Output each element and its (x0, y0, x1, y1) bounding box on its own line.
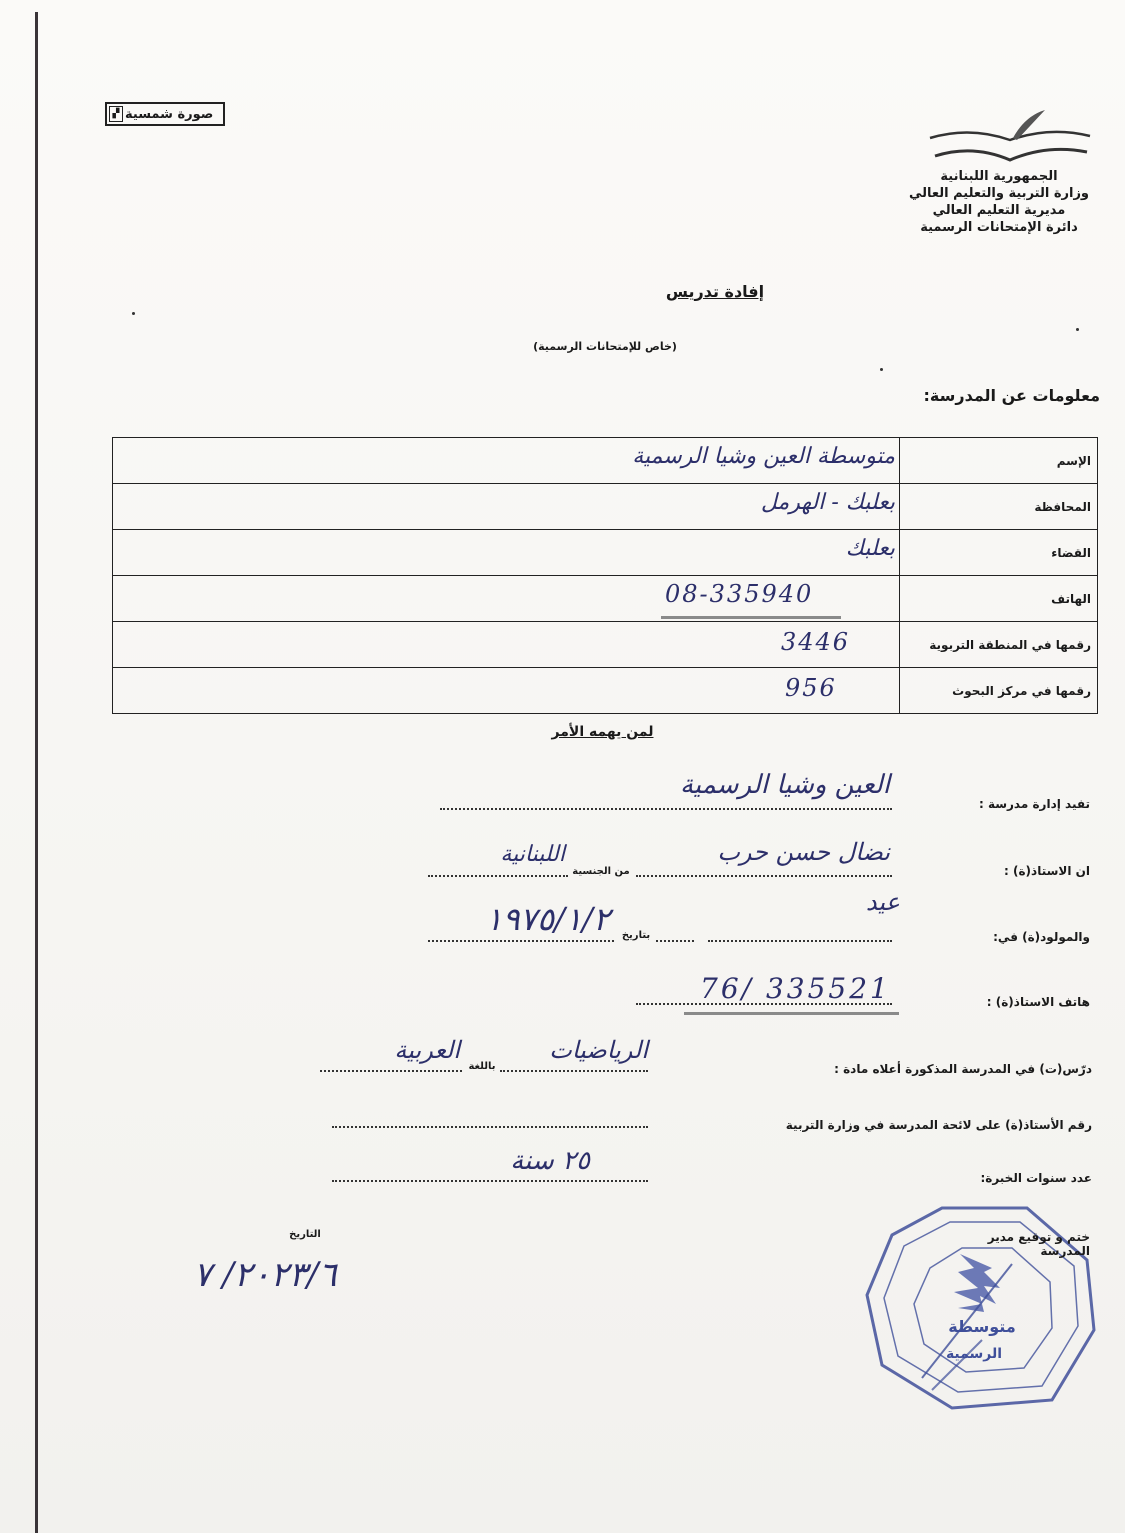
edu-zone-number-label: رقمها في المنطقة التربوية (900, 622, 1098, 668)
document-title: إفادة تدريس (660, 282, 770, 301)
district-value: بعلبك (113, 530, 900, 576)
binding-line (35, 12, 38, 1533)
governorate-label: المحافظة (900, 484, 1098, 530)
school-info-table: متوسطة العين وشيا الرسمية الإسم بعلبك - … (112, 437, 1098, 714)
document-subtitle: (خاص للإمتحانات الرسمية) (520, 340, 690, 353)
nationality-dotline (428, 875, 568, 877)
born-label: والمولود(ة) في: (940, 930, 1090, 944)
language-label: باللغة (462, 1061, 502, 1072)
subject-dotline (500, 1070, 648, 1072)
ministry-header: الجمهورية اللبنانية وزارة التربية والتعل… (900, 168, 1098, 236)
to-whom-heading: لمن يهمه الأمر (545, 724, 660, 740)
photo-icon: ▞ (109, 106, 123, 122)
birthplace-dotline (708, 940, 892, 942)
photo-label: صورة شمسية (125, 107, 213, 122)
research-center-number-value: 956 (113, 668, 900, 714)
teacher-phone-value: 76/ 335521 (700, 972, 900, 1005)
school-admin-dotline (440, 808, 892, 810)
school-phone-label: الهاتف (900, 576, 1098, 622)
school-name-value: متوسطة العين وشيا الرسمية (113, 438, 900, 484)
date-value: ٢٠٢٣/٦/ ٧ (165, 1255, 365, 1295)
experience-label: عدد سنوات الخبرة: (900, 1171, 1092, 1185)
school-info-heading: معلومات عن المدرسة: (900, 386, 1100, 405)
school-admin-label: تفيد إدارة مدرسة : (900, 797, 1090, 811)
birthplace-dotline-2 (656, 940, 694, 942)
teacher-number-dotline (332, 1126, 648, 1128)
open-book-quill-logo (925, 108, 1095, 168)
teacher-name-value: نضال حسن حرب (640, 838, 890, 866)
experience-value: ٢٥ سنة (470, 1146, 590, 1176)
school-name-label: الإسم (900, 438, 1098, 484)
edu-zone-number-value: 3446 (113, 622, 900, 668)
birthplace-value: عيد (770, 888, 900, 916)
experience-dotline (332, 1180, 648, 1182)
teacher-phone-label: هاتف الاستاذ(ة) : (940, 995, 1090, 1009)
phone-underline (661, 616, 841, 619)
language-dotline (320, 1070, 462, 1072)
header-line-4: دائرة الإمتحانات الرسمية (900, 219, 1098, 236)
table-row: 3446 رقمها في المنطقة التربوية (113, 622, 1098, 668)
governorate-value: بعلبك - الهرمل (113, 484, 900, 530)
birth-date-value: ١٩٧٥/١/٢ (360, 900, 610, 938)
nationality-label: من الجنسية (568, 866, 634, 877)
school-admin-value: العين وشيا الرسمية (600, 770, 890, 800)
date-label: التاريخ (280, 1229, 330, 1240)
header-line-2: وزارة التربية والتعليم العالي (900, 185, 1098, 202)
language-value: العربية (320, 1036, 460, 1064)
signature-label: ختم و توقيع مدير المدرسة (965, 1230, 1090, 1258)
table-row: بعلبك القضاء (113, 530, 1098, 576)
district-label: القضاء (900, 530, 1098, 576)
subject-value: الرياضيات (500, 1036, 648, 1064)
table-row: 956 رقمها في مركز البحوث (113, 668, 1098, 714)
header-line-3: مديرية التعليم العالي (900, 202, 1098, 219)
photo-box: صورة شمسية ▞ (105, 102, 225, 126)
document-page: صورة شمسية ▞ الجمهورية اللبنانية وزارة ا… (0, 0, 1125, 1533)
table-row: متوسطة العين وشيا الرسمية الإسم (113, 438, 1098, 484)
research-center-number-label: رقمها في مركز البحوث (900, 668, 1098, 714)
table-row: 08-335940 الهاتف (113, 576, 1098, 622)
nationality-value: اللبنانية (450, 842, 565, 867)
teacher-number-label: رقم الأستاذ(ة) على لائحة المدرسة في وزار… (780, 1118, 1092, 1132)
teacher-name-dotline (636, 875, 892, 877)
school-phone-value: 08-335940 (113, 576, 900, 622)
taught-subject-label: درّس(ت) في المدرسة المذكورة أعلاه مادة : (820, 1062, 1092, 1076)
birth-date-label: بتاريخ (615, 930, 657, 941)
birth-date-dotline (428, 940, 614, 942)
teacher-phone-underline (684, 1012, 899, 1015)
table-row: بعلبك - الهرمل المحافظة (113, 484, 1098, 530)
header-line-1: الجمهورية اللبنانية (900, 168, 1098, 185)
teacher-label: ان الاستاذ(ة) : (940, 864, 1090, 878)
